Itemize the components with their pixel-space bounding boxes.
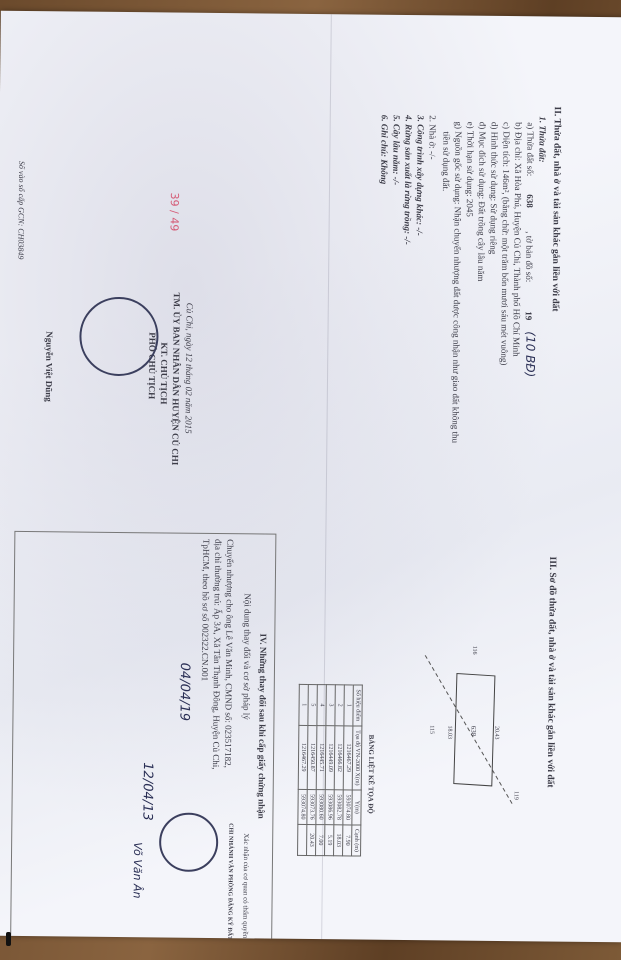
branch-seal-icon [159, 812, 219, 872]
official-seal-icon [79, 297, 159, 377]
section4-heading: IV. Những thay đổi sau khi cấp giấy chứn… [256, 633, 267, 818]
coordinate-table: Số hiệu điểm Tọa độ VN-2000 X(m) Y(m) Cạ… [297, 684, 363, 857]
handwritten-note: (10 BĐ) [524, 331, 536, 377]
certificate-paper: II. Thửa đất, nhà ở và tài sản khác gắn … [0, 11, 621, 943]
parcel-number: 638 [525, 194, 534, 208]
coord-row: 31216449.09593086.965.19 [325, 685, 336, 856]
coord-row: 41216445.71593080.607.00 [316, 685, 327, 856]
coord-table-title: BẢNG LIỆT KÊ TỌA ĐỘ [366, 735, 374, 814]
handwritten-date: 04/04/19 [177, 663, 191, 722]
page-section-3-4: III. Sơ đồ thửa đất, nhà ở và tài sản kh… [0, 531, 616, 943]
place-date: Củ Chi, ngày 12 tháng 02 năm 2015 [183, 303, 193, 434]
signer-name: Nguyễn Việt Dũng [44, 331, 54, 402]
map-sheet-number: 19 [524, 311, 533, 320]
coord-row: 51216450.87593073.7620.43 [307, 684, 318, 855]
coord-row: 11216467.29593074.807.90 [343, 685, 354, 856]
coord-row: 11216467.29593074.80 [298, 684, 309, 855]
section2-heading: II. Thửa đất, nhà ở và tài sản khác gắn … [549, 106, 561, 311]
rotated-document: II. Thửa đất, nhà ở và tài sản khác gắn … [0, 11, 621, 943]
section3-heading: III. Sơ đồ thửa đất, nhà ở và tài sản kh… [544, 556, 556, 787]
parcel-diagram [413, 655, 515, 816]
binder-clip-icon [6, 932, 11, 946]
handwritten-date-2: 12/04/13 [140, 762, 154, 821]
confirm-signer: Võ Văn Ân [132, 842, 144, 898]
red-stamp-number: 39 / 49 [169, 192, 180, 231]
page-section-2: II. Thửa đất, nhà ở và tài sản khác gắn … [0, 101, 621, 487]
coord-row: 21216466.82593082.7818.03 [334, 685, 345, 856]
registry-number: Số vào sổ cấp GCN: CH03849 [16, 161, 25, 260]
